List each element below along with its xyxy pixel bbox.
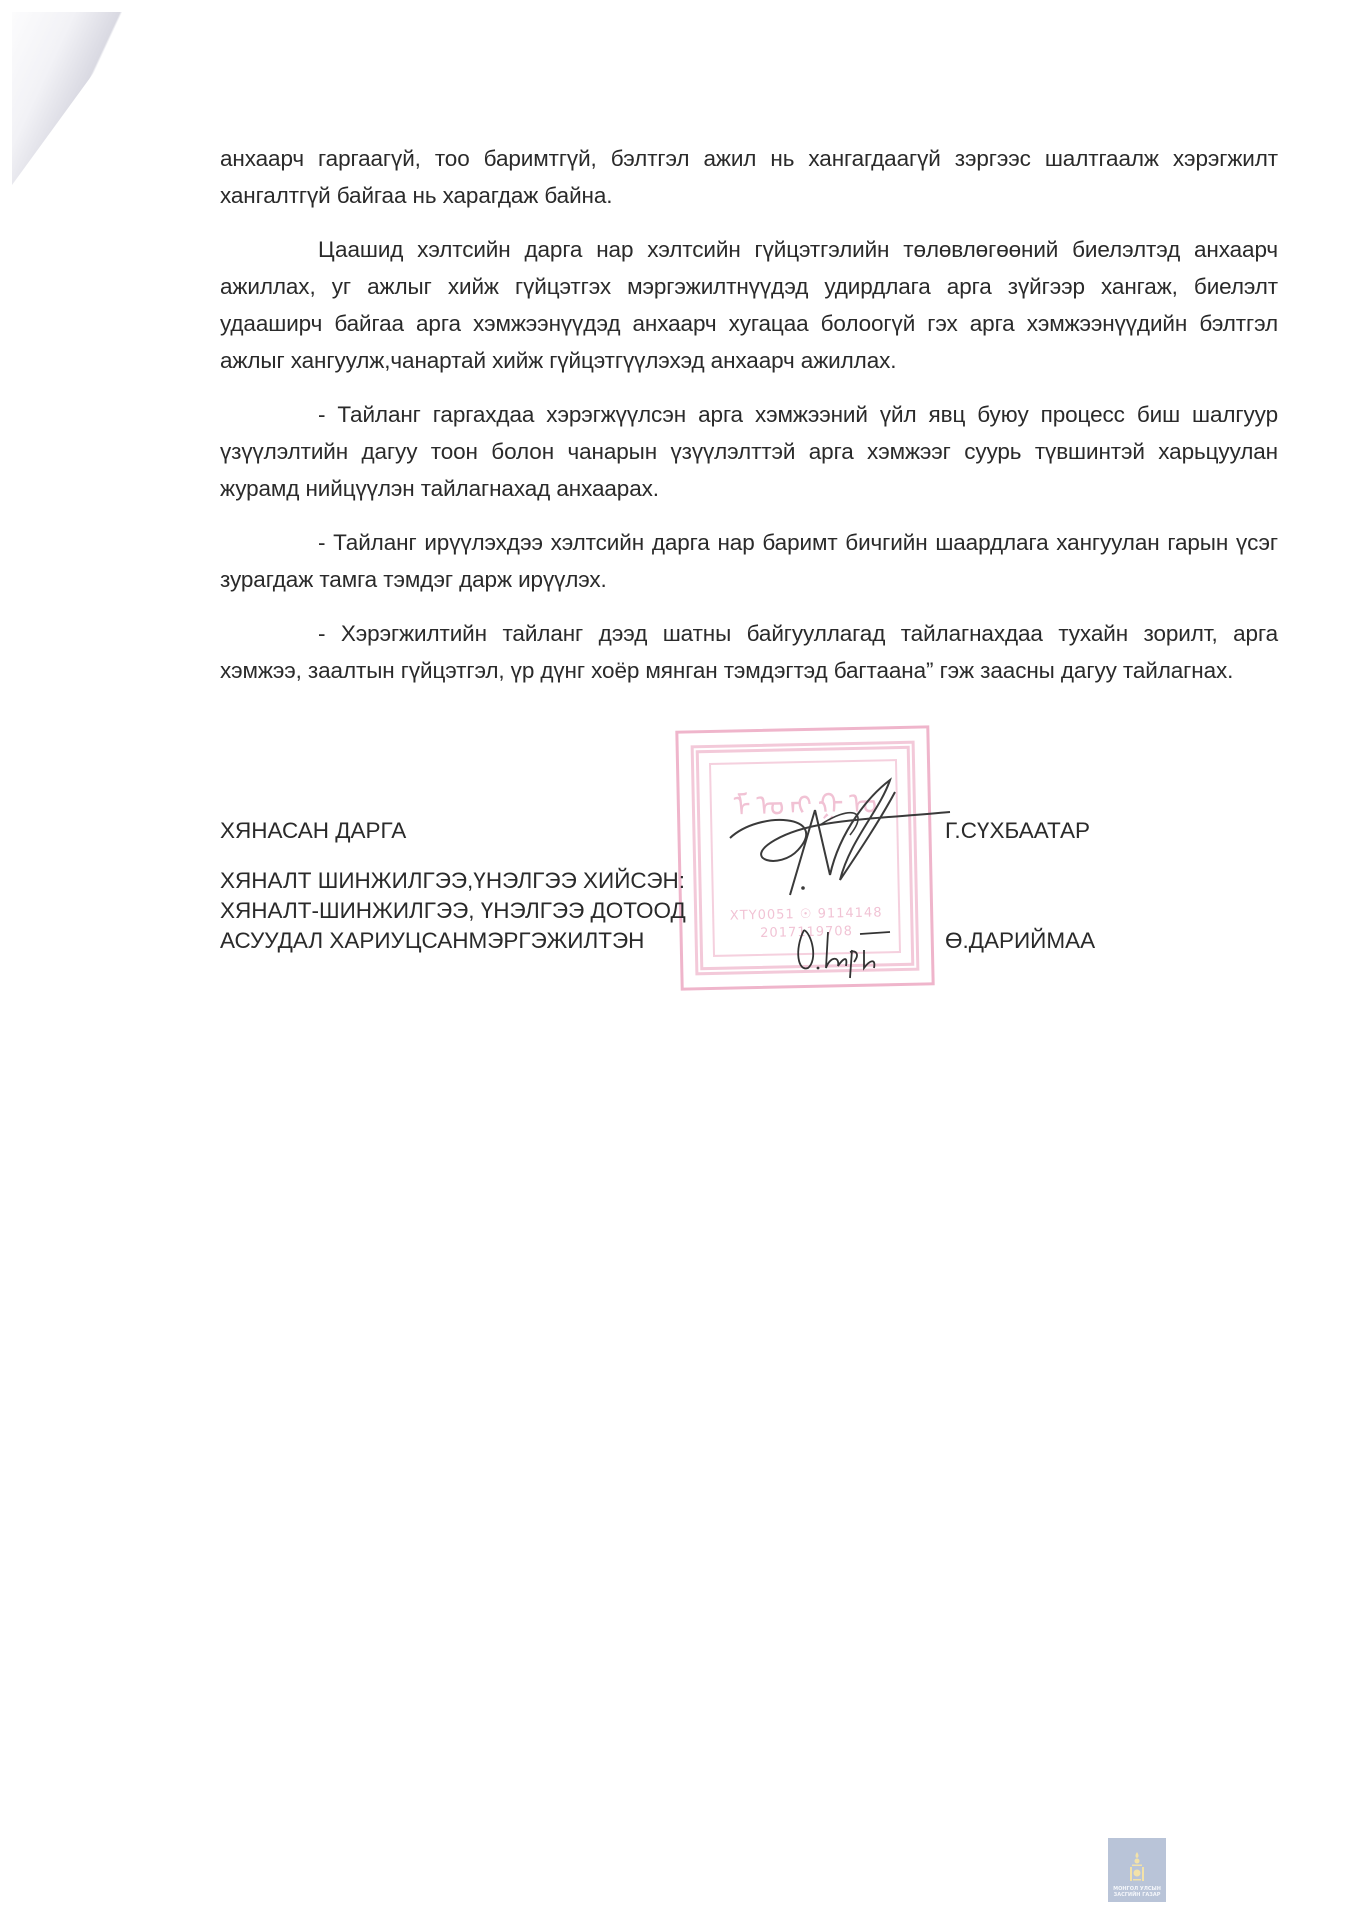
paragraph-2: Цаашид хэлтсийн дарга нар хэлтсийн гүйцэ… [220,231,1278,379]
folded-page-corner [0,0,140,190]
paragraph-1: анхаарч гаргаагүй, тоо баримтгүй, бэлтгэ… [220,140,1278,214]
official-stamp: ᠮᠣᠩᠭᠣ ХТҮ0051 ☉ 9114148 2017119708 [675,725,934,990]
logo-text-line-2: ЗАСГИЙН ГАЗАР [1114,1892,1161,1898]
reviewer-title: ХЯНАСАН ДАРГА [220,816,406,846]
government-logo: МОНГОЛ УЛСЫН ЗАСГИЙН ГАЗАР [1108,1838,1166,1902]
performer-name: Ө.ДАРИЙМАА [945,926,1095,956]
soyombo-emblem-icon [1130,1852,1144,1882]
paragraph-3: - Тайланг гаргахдаа хэрэгжүүлсэн арга хэ… [220,396,1278,507]
document-body: анхаарч гаргаагүй, тоо баримтгүй, бэлтгэ… [220,140,1278,706]
reviewer-name: Г.СҮХБААТАР [945,816,1090,846]
paragraph-4: - Тайланг ирүүлэхдээ хэлтсийн дарга нар … [220,524,1278,598]
performer-line-2: ХЯНАЛТ-ШИНЖИЛГЭЭ, ҮНЭЛГЭЭ ДОТООД [220,896,686,926]
paragraph-5: - Хэрэгжилтийн тайланг дээд шатны байгуу… [220,615,1278,689]
performer-line-3: АСУУДАЛ ХАРИУЦСАНМЭРГЭЖИЛТЭН [220,926,644,956]
performer-line-1: ХЯНАЛТ ШИНЖИЛГЭЭ,ҮНЭЛГЭЭ ХИЙСЭН: [220,866,685,896]
stamp-mongolian-script: ᠮᠣᠩᠭᠣ [729,769,880,825]
